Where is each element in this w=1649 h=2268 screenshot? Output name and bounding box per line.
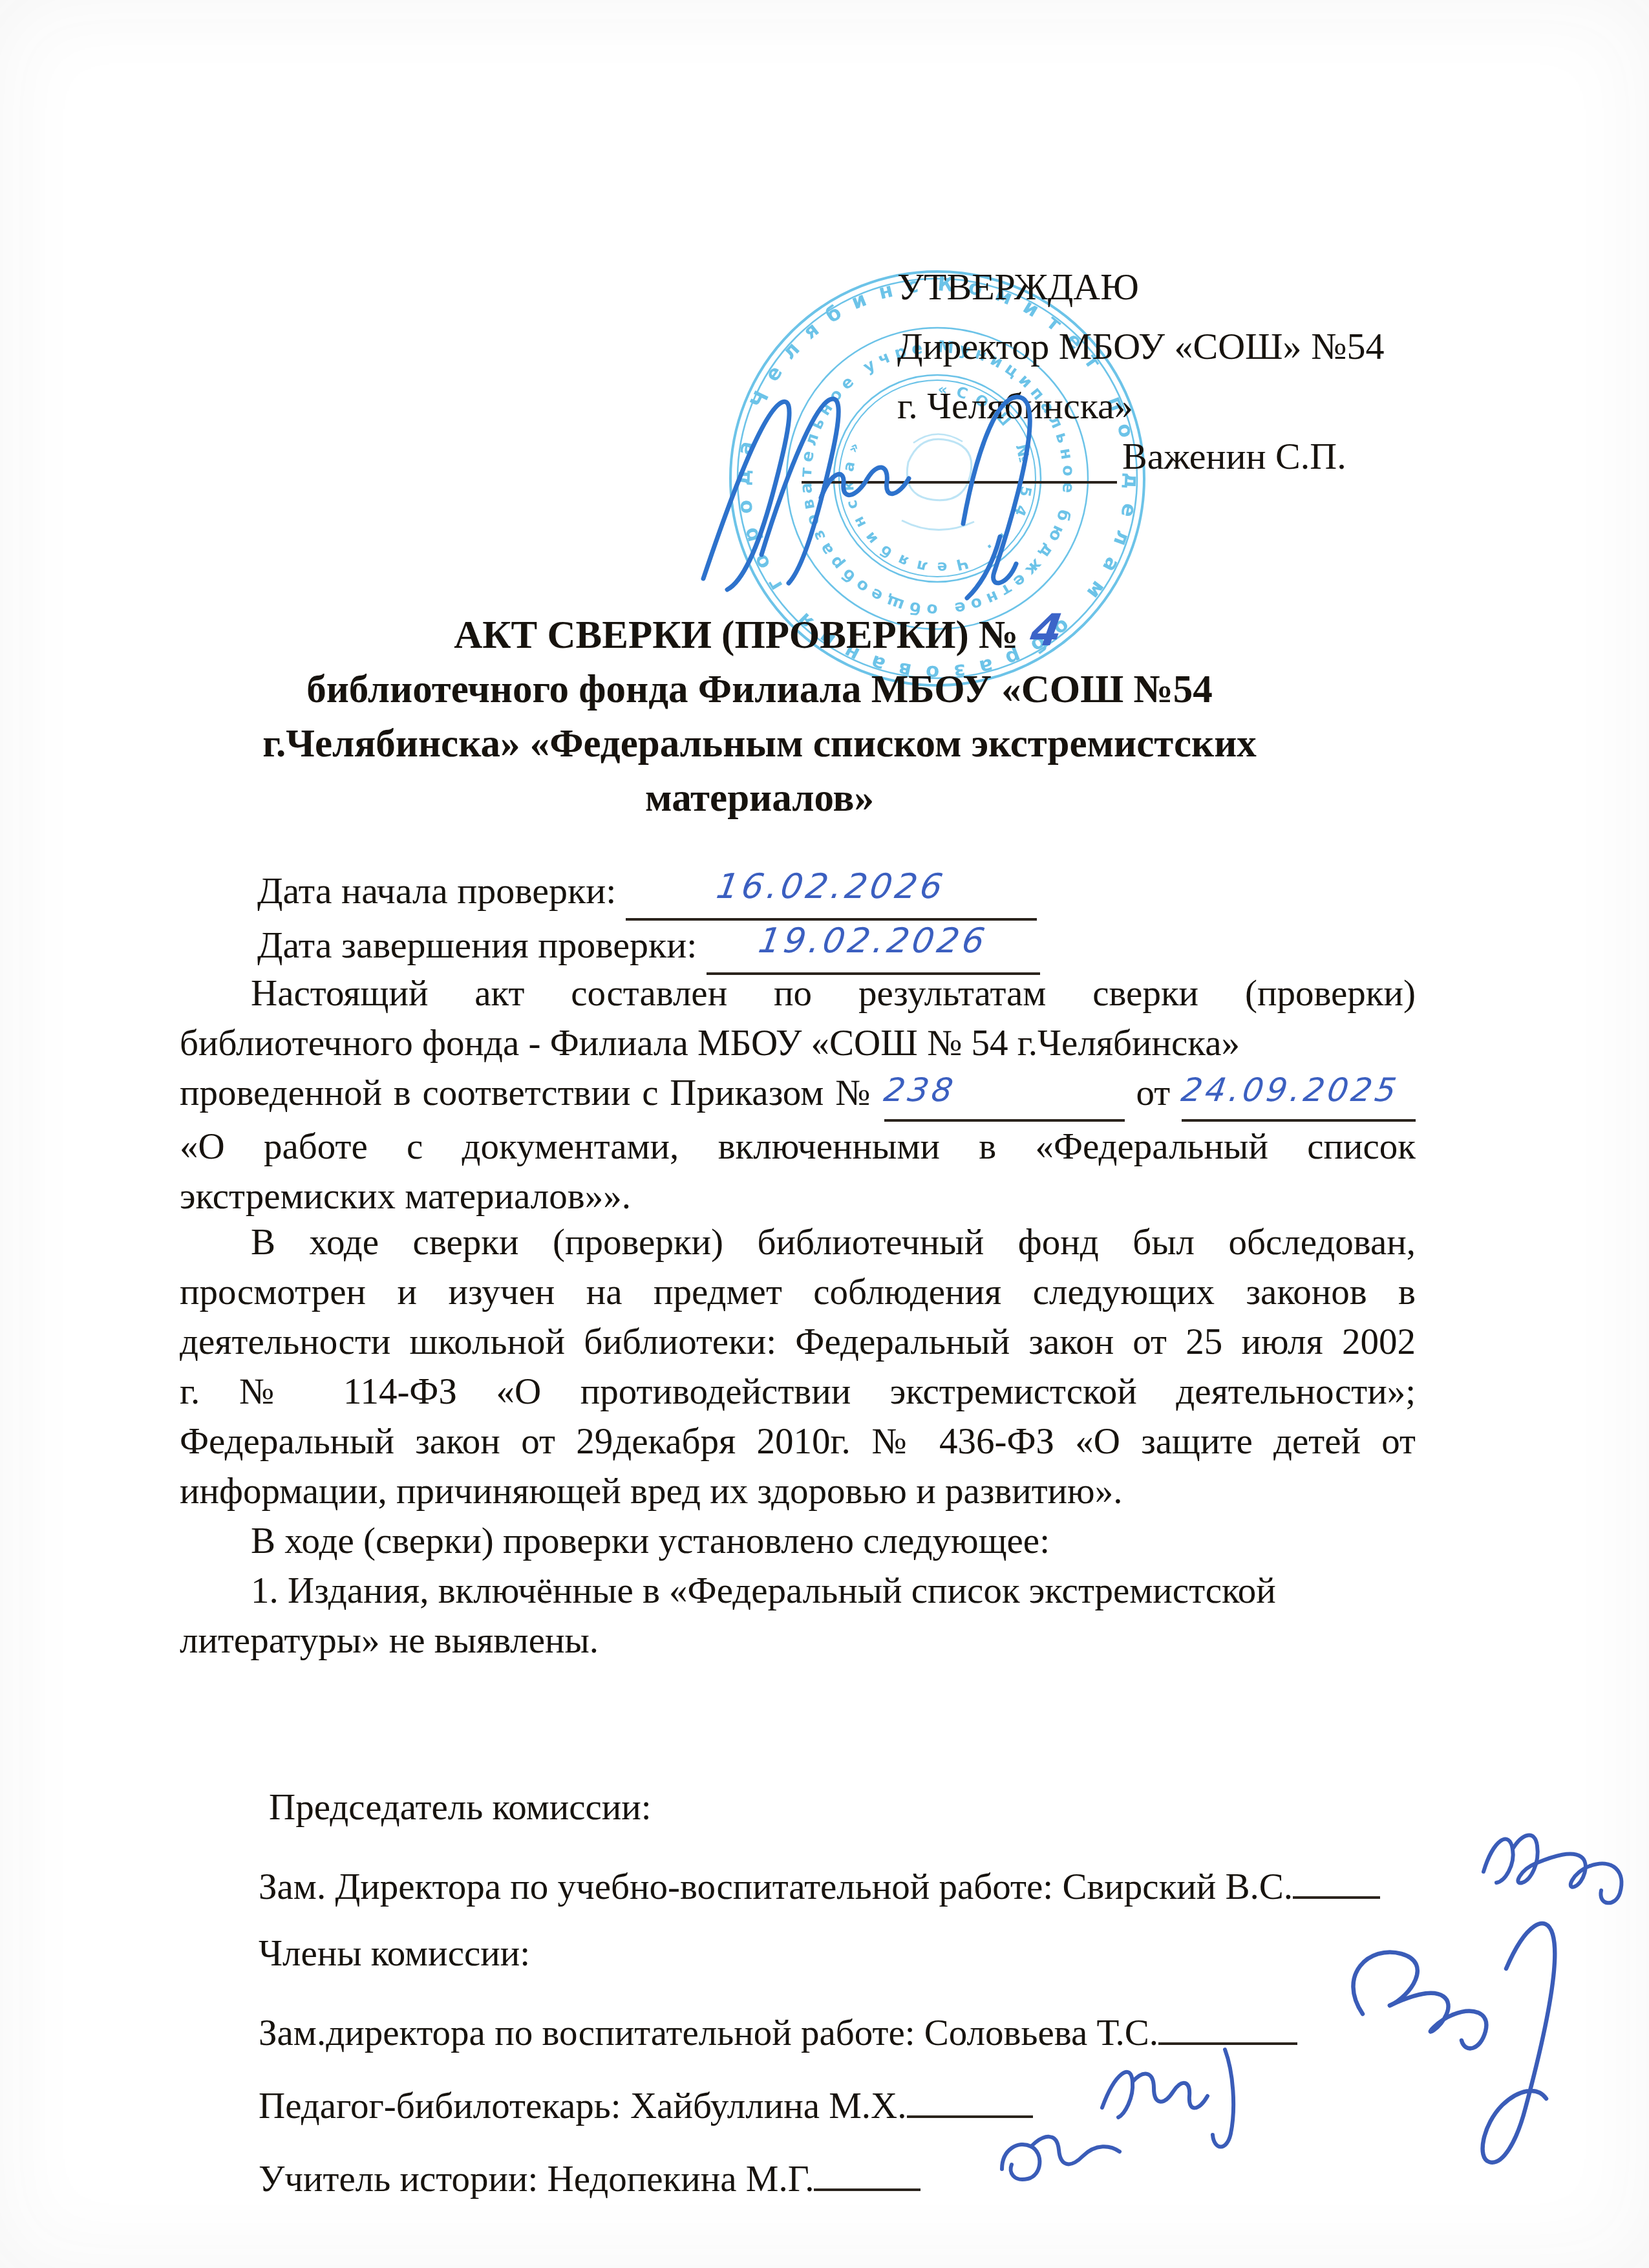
- check-end-date-row: Дата завершения проверки: 19.02.2026: [257, 919, 1040, 975]
- check-start-date-row: Дата начала проверки: 16.02.2026: [257, 865, 1037, 921]
- title-line4: материалов»: [116, 771, 1403, 826]
- paragraph-line: просмотрен и изучен на предмет соблюдени…: [180, 1267, 1416, 1317]
- findings-item-line2: литературы» не выявлены.: [180, 1616, 1416, 1665]
- paragraph-line: информации, причиняющей вред их здоровью…: [180, 1466, 1416, 1516]
- paragraph-line: «О работе с документами, включенными в «…: [180, 1122, 1416, 1171]
- order-date-blank: 24.09.2025: [1182, 1068, 1416, 1122]
- paragraph-line: деятельности школьной библиотеки: Федера…: [180, 1317, 1416, 1367]
- check-end-date-blank: 19.02.2026: [707, 919, 1040, 975]
- title-line3: г.Челябинска» «Федеральным списком экстр…: [116, 717, 1403, 771]
- paragraph-line: Настоящий акт составлен по результатам с…: [180, 968, 1416, 1018]
- scanned-act-document: Комитет по делам образования города Челя…: [0, 0, 1649, 2268]
- paragraph-line: библиотечного фонда - Филиала МБОУ «СОШ …: [180, 1018, 1416, 1068]
- paragraph-findings: В ходе (сверки) проверки установлено сле…: [180, 1516, 1416, 1665]
- chair-heading: Председатель комиссии:: [259, 1786, 1380, 1859]
- handwritten-order-date: 24.09.2025: [1178, 1065, 1403, 1115]
- director-signature: [685, 388, 1138, 608]
- member2-title-name: Педагог-бибилотекарь: Хайбуллина М.Х.: [259, 2086, 907, 2126]
- title-line2: библиотечного фонда Филиала МБОУ «СОШ №5…: [116, 663, 1403, 717]
- chair-signature-row: Зам. Директора по учебно-воспитательной …: [259, 1859, 1380, 1932]
- signature-svirsky: [1474, 1810, 1642, 1907]
- approval-word: УТВЕРЖДАЮ: [897, 257, 1384, 317]
- chair-title-name: Зам. Директора по учебно-воспитательной …: [259, 1867, 1293, 1907]
- check-start-date-blank: 16.02.2026: [626, 865, 1037, 921]
- check-end-date-label: Дата завершения проверки:: [257, 924, 697, 966]
- member3-title-name: Учитель истории: Недопекина М.Г.: [259, 2159, 814, 2199]
- order-text-ot: от: [1136, 1073, 1171, 1113]
- check-start-date-label: Дата начала проверки:: [257, 870, 616, 912]
- findings-intro: В ходе (сверки) проверки установлено сле…: [180, 1516, 1416, 1566]
- handwritten-start-date: 16.02.2026: [713, 861, 950, 913]
- member3-signature-row: Учитель истории: Недопекина М.Г.: [259, 2152, 1380, 2225]
- member1-title-name: Зам.директора по воспитательной работе: …: [259, 2013, 1158, 2053]
- order-number-blank: 238: [884, 1068, 1125, 1122]
- signature-nedopekina: [983, 2114, 1138, 2198]
- member2-signature-line: [907, 2079, 1033, 2118]
- handwritten-end-date: 19.02.2026: [755, 915, 992, 967]
- director-name: Важенин С.П.: [1122, 434, 1346, 478]
- members-heading: Члены комиссии:: [259, 1932, 1380, 2006]
- paragraph-line: В ходе сверки (проверки) библиотечный фо…: [180, 1217, 1416, 1267]
- chair-signature-line: [1293, 1859, 1380, 1899]
- signature-solovyova: [1312, 1894, 1590, 2172]
- title-line1: АКТ СВЕРКИ (ПРОВЕРКИ) №: [454, 614, 1018, 657]
- paragraph-line: экстремиских материалов»».: [180, 1171, 1416, 1221]
- paragraph-laws-checked: В ходе сверки (проверки) библиотечный фо…: [180, 1217, 1416, 1516]
- paragraph-act-basis: Настоящий акт составлен по результатам с…: [180, 968, 1416, 1221]
- paragraph-line-order: проведенной в соответствии с Приказом № …: [180, 1068, 1416, 1122]
- approval-director-line: Директор МБОУ «СОШ» №54: [897, 317, 1384, 376]
- paragraph-line: г. № 114-ФЗ «О противодействии экстремис…: [180, 1367, 1416, 1417]
- member3-signature-line: [814, 2152, 920, 2191]
- committee-block: Председатель комиссии: Зам. Директора по…: [259, 1786, 1380, 2225]
- handwritten-order-number: 238: [880, 1065, 960, 1115]
- handwritten-act-number: 4: [1027, 604, 1070, 658]
- document-title: АКТ СВЕРКИ (ПРОВЕРКИ) №4 библиотечного ф…: [116, 606, 1403, 826]
- findings-item-line1: 1. Издания, включённые в «Федеральный сп…: [180, 1566, 1416, 1616]
- order-text-before: проведенной в соответствии с Приказом №: [180, 1073, 873, 1113]
- paragraph-line: Федеральный закон от 29декабря 2010г. № …: [180, 1417, 1416, 1466]
